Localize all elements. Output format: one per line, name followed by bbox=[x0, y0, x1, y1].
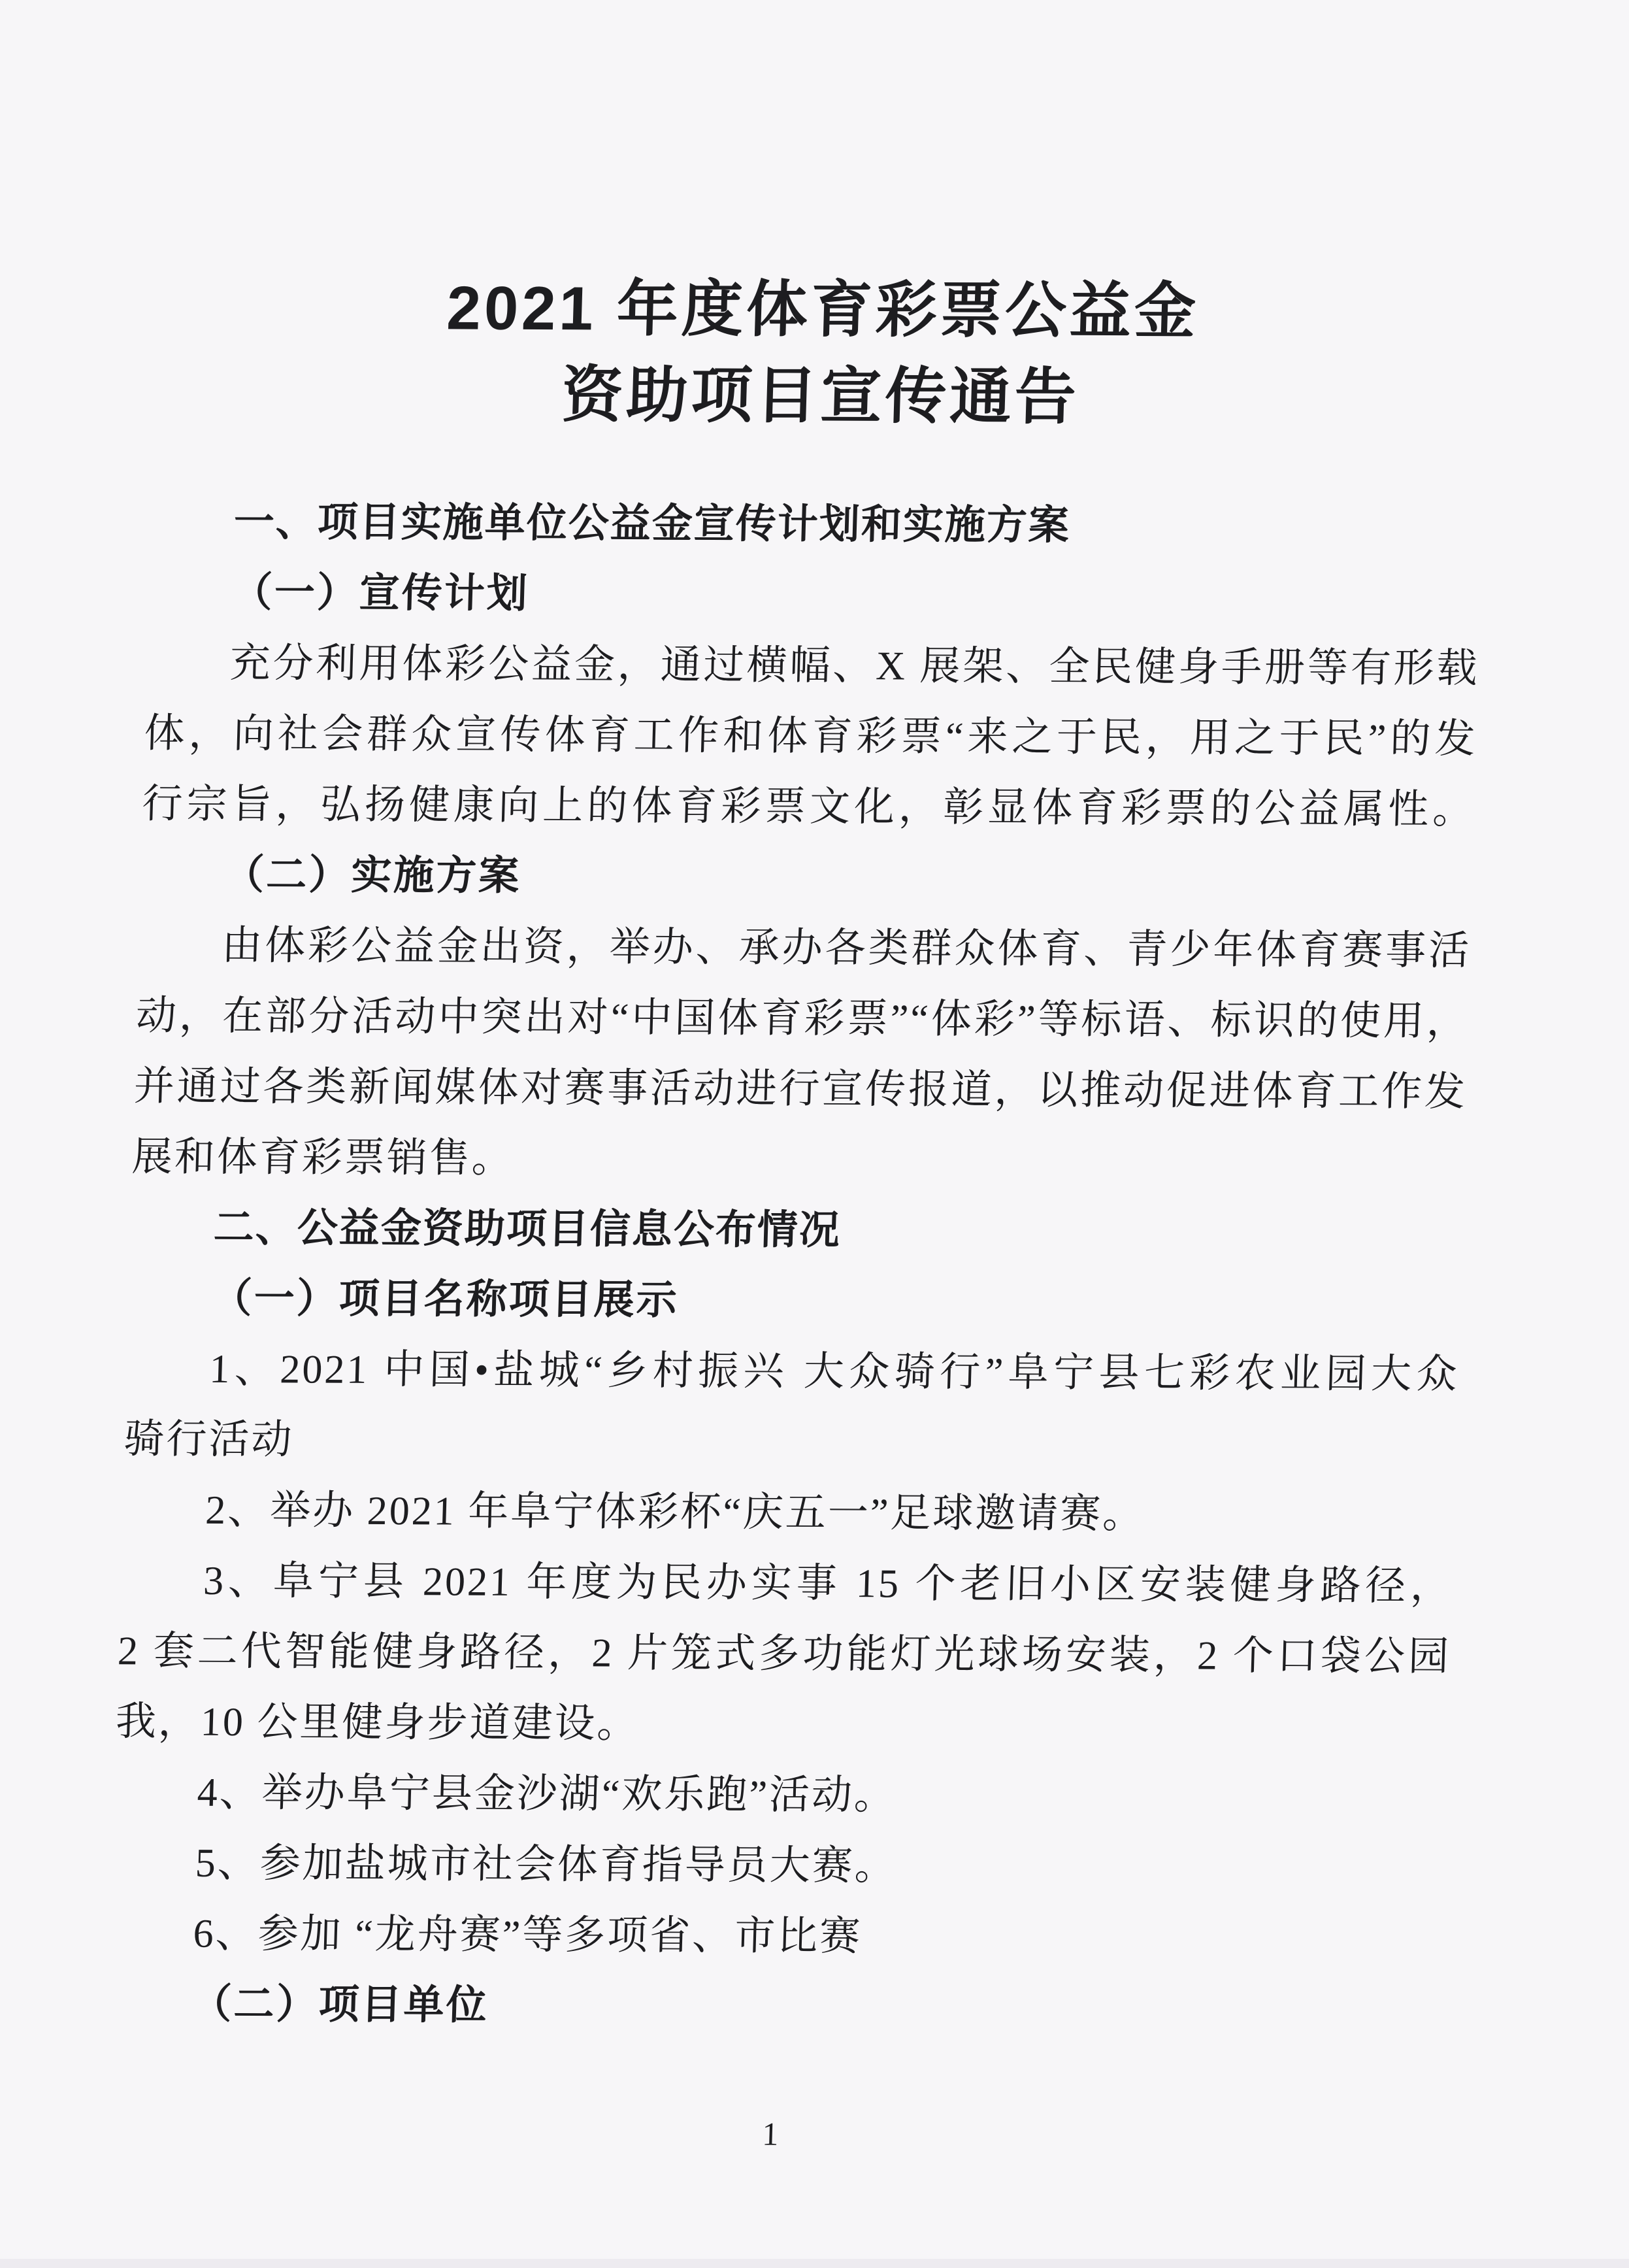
paragraph-line: 体，向社会群众宣传体育工作和体育彩票“来之于民，用之于民”的发 bbox=[143, 698, 1478, 775]
subsection-heading-4: （二）项目单位 bbox=[107, 1969, 1441, 2045]
paragraph-line: 行宗旨，弘扬健康向上的体育彩票文化，彰显体育彩票的公益属性。 bbox=[141, 769, 1476, 845]
document-page: 2021 年度体育彩票公益金 资助项目宣传通告 一、项目实施单位公益金宣传计划和… bbox=[0, 0, 1629, 2268]
paragraph-line: 并通过各类新闻媒体对赛事活动进行宣传报道，以推动促进体育工作发 bbox=[133, 1051, 1468, 1127]
paragraph-line: 充分利用体彩公益金，通过横幅、X 展架、全民健身手册等有形载 bbox=[145, 627, 1480, 704]
list-item-line: 4、举办阜宁县金沙湖“欢乐跑”活动。 bbox=[112, 1757, 1447, 1833]
paragraph-line: 由体彩公益金出资，举办、承办各类群众体育、青少年体育赛事活 bbox=[137, 910, 1472, 986]
document-title: 2021 年度体育彩票公益金 资助项目宣传通告 bbox=[153, 264, 1491, 442]
subsection-heading-2: （二）实施方案 bbox=[139, 839, 1474, 916]
list-item-line: 骑行活动 bbox=[123, 1404, 1458, 1480]
document-body: 一、项目实施单位公益金宣传计划和实施方案 （一）宣传计划 充分利用体彩公益金，通… bbox=[107, 486, 1484, 2045]
list-item-line: 我，10 公里健身步道建设。 bbox=[114, 1686, 1449, 1763]
section-heading-1: 一、项目实施单位公益金宣传计划和实施方案 bbox=[149, 486, 1484, 563]
title-line-1: 2021 年度体育彩票公益金 bbox=[155, 264, 1490, 356]
paragraph-line: 展和体育彩票销售。 bbox=[131, 1122, 1466, 1198]
list-item-line: 3、阜宁县 2021 年度为民办实事 15 个老旧小区安装健身路径， bbox=[119, 1545, 1454, 1622]
list-item-line: 1、2021 中国•盐城“乡村振兴 大众骑行”阜宁县七彩农业园大众 bbox=[125, 1333, 1460, 1410]
list-item-line: 5、参加盐城市社会体育指导员大赛。 bbox=[110, 1827, 1445, 1904]
paragraph-line: 动，在部分活动中突出对“中国体育彩票”“体彩”等标语、标识的使用， bbox=[135, 980, 1470, 1057]
subsection-heading-1: （一）宣传计划 bbox=[147, 557, 1482, 633]
title-line-2: 资助项目宣传通告 bbox=[153, 350, 1489, 442]
list-item-line: 6、参加 “龙舟赛”等多项省、市比赛 bbox=[108, 1898, 1443, 1975]
section-heading-2: 二、公益金资助项目信息公布情况 bbox=[129, 1192, 1464, 1269]
list-item-line: 2、举办 2021 年阜宁体彩杯“庆五一”足球邀请赛。 bbox=[121, 1475, 1456, 1551]
scan-edge-shadow bbox=[0, 2259, 1629, 2268]
document-content: 2021 年度体育彩票公益金 资助项目宣传通告 一、项目实施单位公益金宣传计划和… bbox=[100, 0, 1498, 2268]
list-item-line: 2 套二代智能健身路径，2 片笼式多功能灯光球场安装，2 个口袋公园 bbox=[117, 1616, 1452, 1692]
subsection-heading-3: （一）项目名称项目展示 bbox=[127, 1263, 1462, 1339]
page-number: 1 bbox=[103, 2113, 1438, 2154]
